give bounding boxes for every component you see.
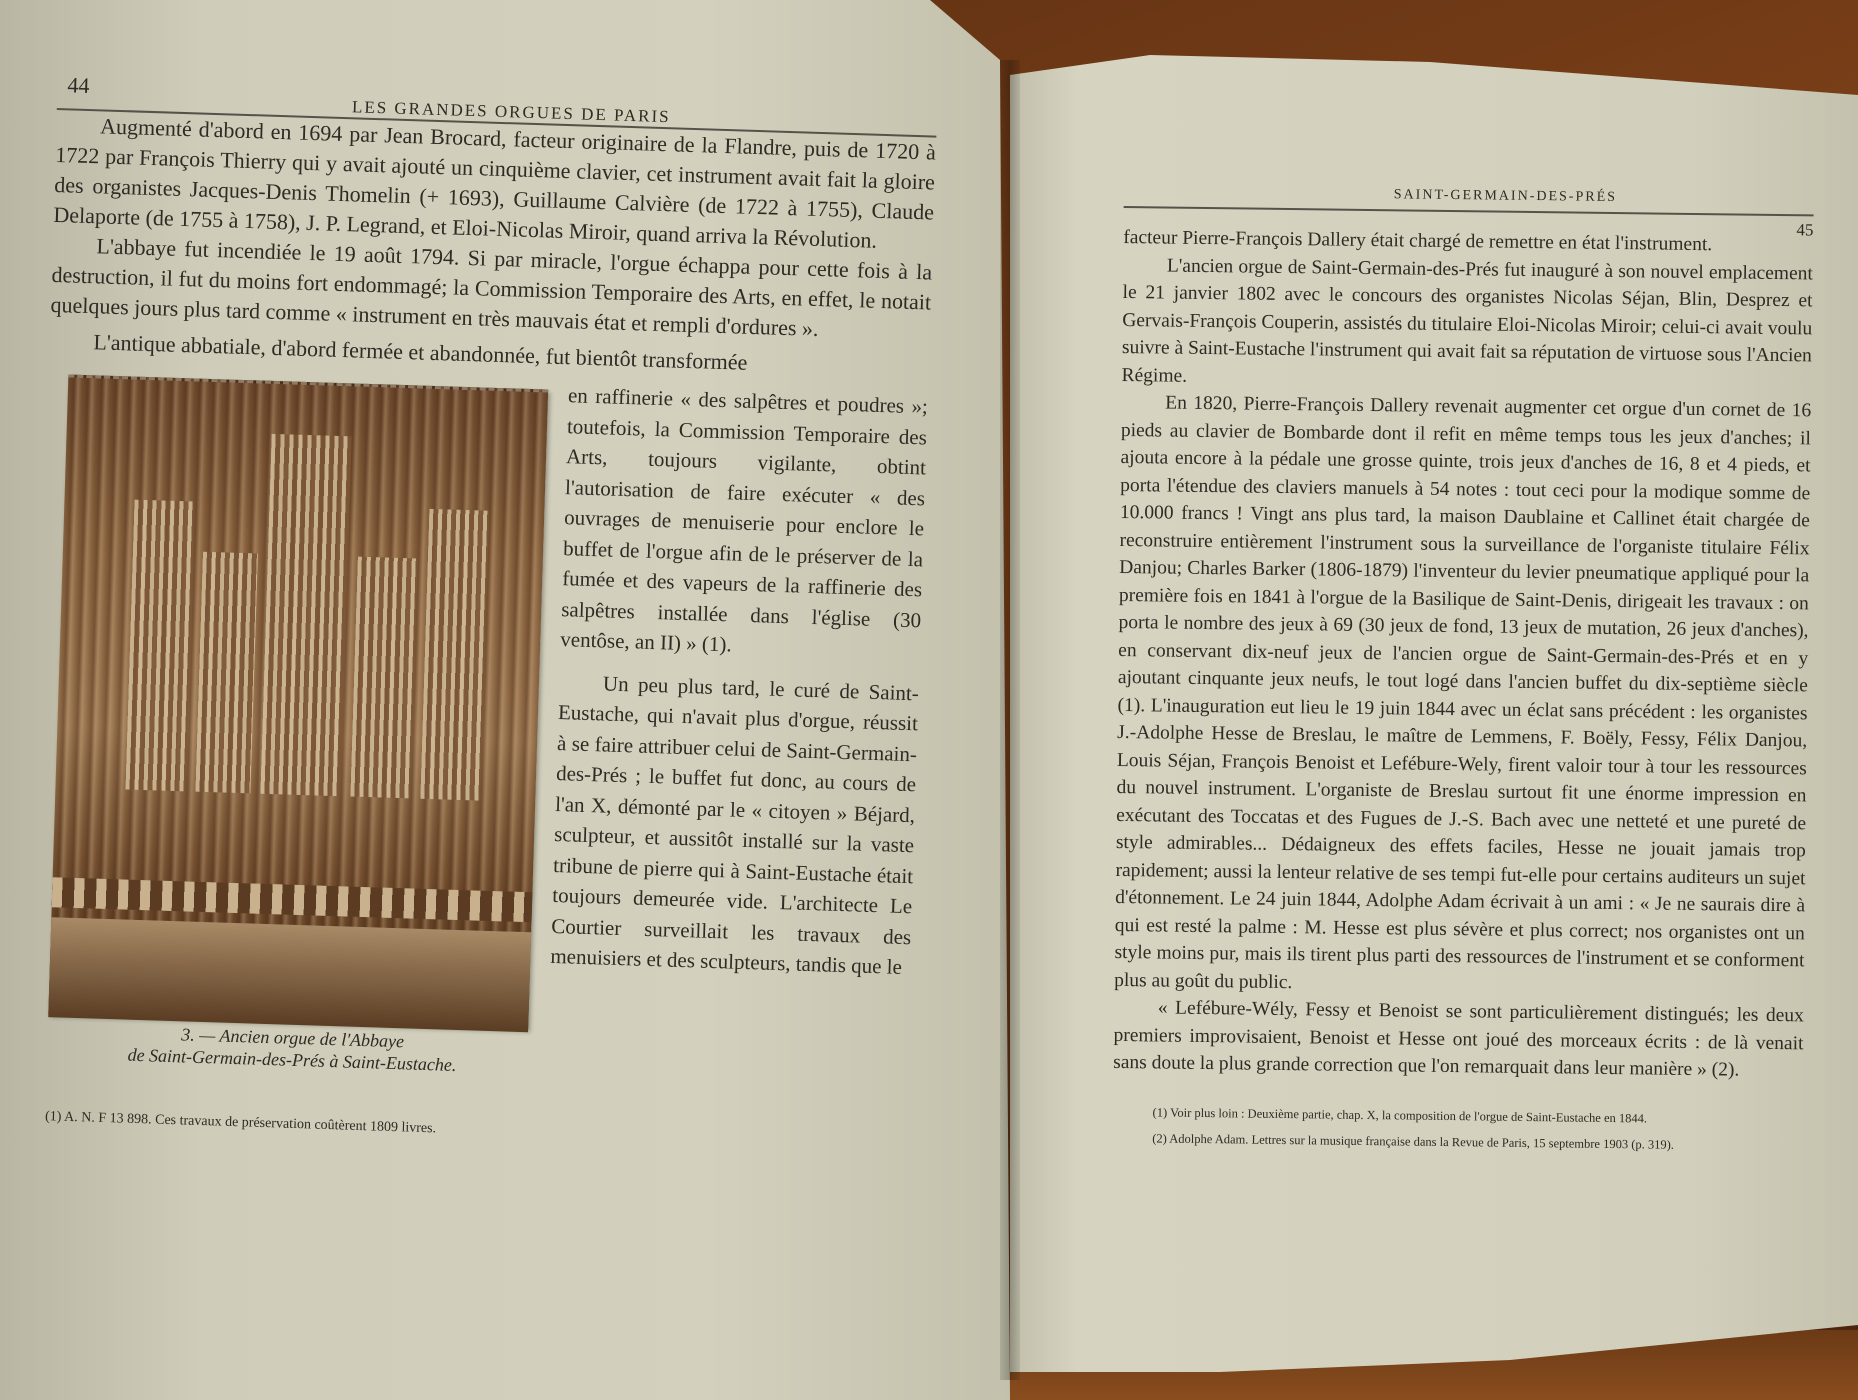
paragraph: En 1820, Pierre-François Dallery revenai… (1114, 389, 1811, 1002)
footnotes: (1) Voir plus loin : Deuxième partie, ch… (1112, 1098, 1803, 1158)
right-page-content: SAINT-GERMAIN-DES-PRÉS 45 facteur Pierre… (1112, 178, 1814, 1159)
paragraph: « Lefébure-Wély, Fessy et Benoist se son… (1113, 994, 1804, 1085)
organ-base (48, 917, 531, 1032)
paragraph: Un peu plus tard, le curé de Saint-Eusta… (550, 667, 919, 983)
left-page-content: 44 LES GRANDES ORGUES DE PARIS Augmenté … (25, 70, 938, 1151)
page-number-left: 44 (67, 72, 90, 99)
organ-balcony (52, 877, 533, 922)
organ-illustration (48, 374, 548, 1029)
organ-pipes (125, 500, 194, 792)
paragraph: L'ancien orgue de Saint-Germain-des-Prés… (1121, 251, 1813, 397)
paragraph: en raffinerie « des salpêtres et poudres… (560, 380, 928, 666)
organ-pipes (260, 434, 351, 796)
running-head-title-right: SAINT-GERMAIN-DES-PRÉS (1394, 187, 1617, 206)
organ-pipes (420, 509, 489, 801)
organ-pipes (195, 552, 258, 794)
organ-pipes (350, 557, 418, 799)
figure-block: 3. — Ancien orgue de l'Abbaye de Saint-G… (25, 364, 928, 1151)
book-gutter (1000, 60, 1020, 1380)
page-number-right: 45 (1796, 220, 1813, 240)
wrapped-text: en raffinerie « des salpêtres et poudres… (550, 380, 928, 983)
